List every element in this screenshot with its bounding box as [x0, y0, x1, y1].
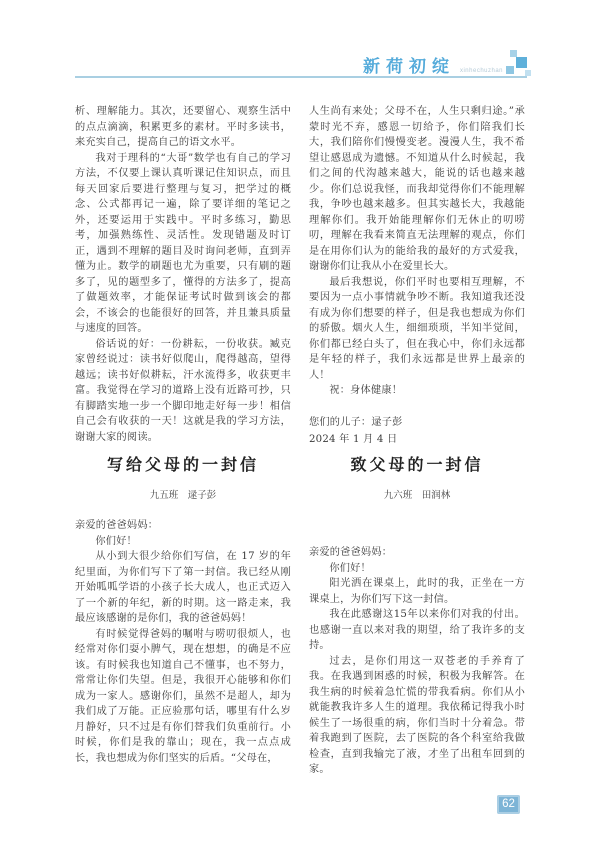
article-title: 写给父母的一封信 — [75, 452, 291, 475]
article-byline: 九五班 逯子彭 — [75, 487, 291, 501]
letter-date: 2024 年 1 月 4 日 — [309, 432, 525, 448]
left-column: 析、理解能力。其次，还要留心、观察生活中的点点滴滴，积累更多的素材。平时多读书，… — [75, 104, 291, 445]
article-letter-to-parents-1: 写给父母的一封信 九五班 逯子彭 亲爱的爸爸妈妈： 你们好！ 从小到大很少给你们… — [75, 452, 291, 766]
decor-square-icon — [510, 50, 517, 57]
continuation-paragraph: 人生尚有来处；父母不在，人生只剩归途。”承蒙时光不弃，感恩一切给予，你们陪我们长… — [309, 104, 525, 275]
right-column: 人生尚有来处；父母不在，人生只剩归途。”承蒙时光不弃，感恩一切给予，你们陪我们长… — [309, 104, 525, 448]
letter-signature: 您们的儿子：逯子彭 — [309, 415, 525, 431]
magazine-title: 新荷初绽 — [363, 52, 455, 77]
article-letter-to-parents-2: 致父母的一封信 九六班 田润林 亲爱的爸爸妈妈： 你们好！ 阳光洒在课桌上，此时… — [309, 452, 525, 778]
decor-square-icon — [516, 57, 527, 68]
masthead: 新荷初绽 xinhechuzhan — [363, 52, 503, 77]
continuation-paragraph: 最后我想说，你们平时也要相互理解，不要因为一点小事情就争吵不断。我知道我还没有成… — [309, 275, 525, 384]
letter-paragraph: 阳光洒在课桌上，此时的我，正坐在一方课桌上，为你们写下这一封信。 — [309, 576, 525, 607]
continuation-paragraph: 析、理解能力。其次，还要留心、观察生活中的点点滴滴，积累更多的素材。平时多读书，… — [75, 104, 291, 151]
article-byline: 九六班 田润林 — [309, 487, 525, 501]
continuation-paragraph: 俗话说的好：一份耕耘，一份收获。臧克家曾经说过：读书好似爬山，爬得越高，望得越远… — [75, 337, 291, 446]
header-divider — [75, 76, 527, 78]
masthead-squares-icon — [504, 48, 534, 80]
letter-paragraph: 有时候觉得爸妈的嘱咐与唠叨很烦人，也经常对你们耍小脾气，现在想想，的确是不应该。… — [75, 627, 291, 767]
letter-greeting: 你们好！ — [75, 534, 291, 550]
page-number-badge: 62 — [497, 795, 520, 814]
letter-greeting: 你们好！ — [309, 561, 525, 577]
decor-square-icon — [525, 70, 531, 76]
letter-wish: 祝：身体健康！ — [309, 383, 525, 399]
magazine-subtitle: xinhechuzhan — [460, 68, 503, 74]
magazine-page: 新荷初绽 xinhechuzhan 析、理解能力。其次，还要留心、观察生活中的点… — [0, 0, 600, 849]
letter-paragraph: 过去，是你们用这一双苍老的手养育了我。在我遇到困惑的时候，积极为我解答。在我生病… — [309, 654, 525, 778]
article-title: 致父母的一封信 — [309, 452, 525, 475]
letter-salutation: 亲爱的爸爸妈妈： — [75, 518, 291, 534]
decor-square-icon — [506, 66, 514, 74]
letter-paragraph: 我在此感谢这15年以来你们对我的付出。也感谢一直以来对我的期望，给了我许多的支持… — [309, 607, 525, 654]
continuation-paragraph: 我对于理科的“大哥”数学也有自己的学习方法，不仅要上课认真听课记住知识点，而且每… — [75, 151, 291, 337]
letter-paragraph: 从小到大很少给你们写信，在 17 岁的年纪里面，为你们写下了第一封信。我已经从刚… — [75, 549, 291, 627]
letter-salutation: 亲爱的爸爸妈妈： — [309, 545, 525, 561]
